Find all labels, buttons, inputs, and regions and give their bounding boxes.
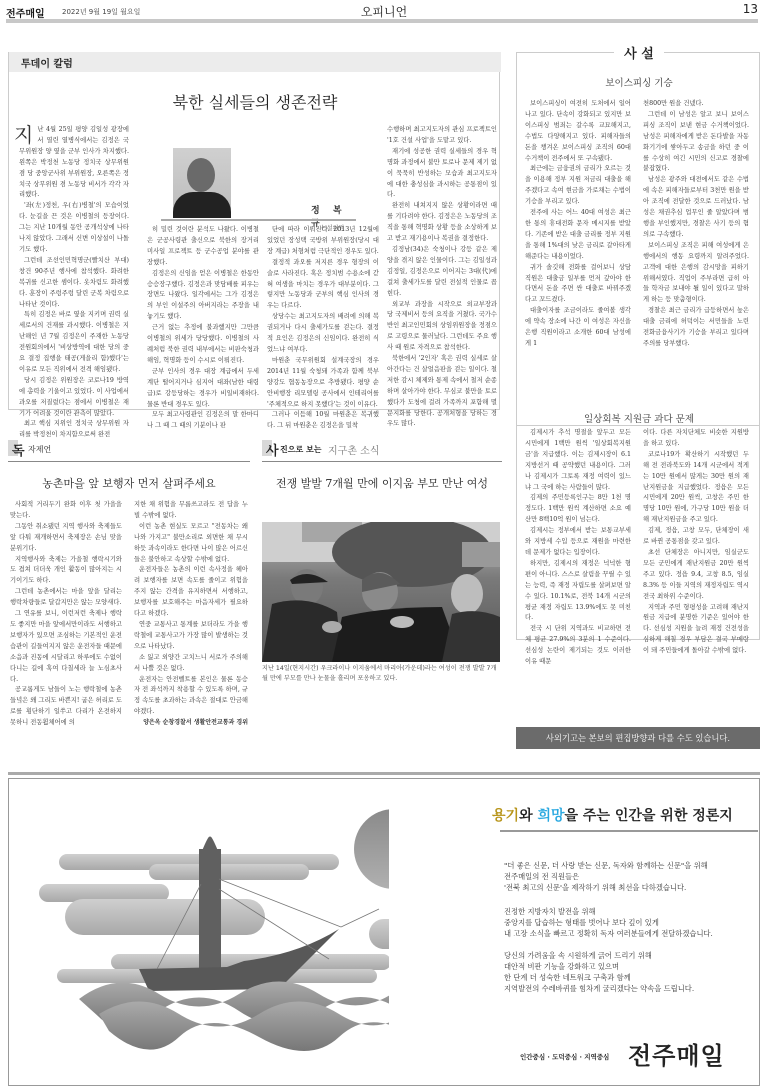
- reader-column-label-big: 독: [12, 440, 25, 459]
- today-column-section: 투데이 칼럼 북한 실세들의 생존전략 지난 4월 25일 평양 김일성 광장에…: [8, 52, 500, 410]
- reader-column-label-small: 자제언: [28, 444, 51, 455]
- editorial-2-body: 김제시가 추석 명절을 앞두고 모든 시민에게 1백만 원씩 '일상회복지원금'…: [516, 420, 760, 640]
- reader-author: 양은옥 순창경찰서 생활안전교통과 경위: [134, 718, 248, 729]
- ad-logo: 전주매일: [628, 1036, 725, 1071]
- editorial-section: 사 설 보이스피싱 기승 보이스피싱이 여전히 도처에서 일어나고 있다. 단속…: [516, 52, 760, 426]
- editorial-1-column-1: 보이스피싱이 여전히 도처에서 일어나고 있다. 단속이 강화되고 있지만 보이…: [525, 99, 631, 350]
- editorial-2-column-2: 이다. 다른 자치단체도 비슷한 지원방을 하고 있다. 코로나19가 확산하기…: [643, 428, 749, 657]
- ad-headline-divider: [500, 830, 758, 832]
- today-column-bar: 투데이 칼럼: [9, 52, 501, 72]
- ukraine-reunion-photo: [262, 522, 500, 662]
- article-column-1: 지난 4월 25일 평양 김일성 광장에서 열린 열병식에서는 김정은 국무위원…: [19, 125, 129, 441]
- reader-column-header: 독 자제언: [8, 440, 250, 462]
- section-divider: [8, 772, 760, 775]
- section-title: 오피니언: [0, 3, 768, 20]
- ad-paragraph-2: 진정한 지방자치 발전을 위해중앙지를 답습하는 형태를 벗어나 보다 깊이 있…: [504, 906, 713, 939]
- world-article-title: 전쟁 발발 7개월 만에 이지움 부모 만난 여성: [262, 475, 502, 491]
- header-divider: [6, 19, 758, 23]
- ad-paragraph-1: "더 좋은 신문, 더 사랑 받는 신문, 독자와 함께하는 신문"을 위해 전…: [504, 860, 708, 893]
- editorial-1-column-2: 천800만 원을 건넸다. 그런데 이 남성은 알고 보니 보이스피싱 조직이 …: [643, 99, 749, 350]
- ad-slogan: 인간중심 · 도덕중심 · 지역중심: [520, 1052, 609, 1061]
- today-column-label: 투데이 칼럼: [21, 55, 73, 70]
- article-column-3: 단에 따라 이뤄진다. 2013년 12월에 있었던 장성택 국방위 부위원장(…: [267, 225, 379, 432]
- ship-illustration: [9, 779, 389, 1079]
- world-label-mid: 진으로 보는: [280, 444, 321, 455]
- editorial-1-title: 보이스피싱 기승: [517, 75, 761, 89]
- news-photo: [262, 522, 500, 662]
- reader-article-title: 농촌마을 앞 보행자 먼저 살펴주세요: [8, 475, 250, 491]
- author-divider: [161, 219, 356, 221]
- ad-headline: 용기와 희망을 주는 인간을 위한 정론지: [492, 805, 733, 825]
- page-number: 13: [743, 2, 758, 16]
- world-photo-header: 사 진으로 보는 지구촌 소식: [262, 440, 502, 462]
- drop-cap: 지: [14, 125, 33, 145]
- disclaimer-banner: 사외기고는 본보의 편집방향과 다를 수도 있습니다.: [516, 727, 760, 749]
- reader-column-2: 지한 채 위험을 무릅쓰고라도 전 답을 누빌 수밖에 없다. 이런 농촌 현실…: [134, 500, 248, 729]
- article-column-4: 수행하며 최고지도자의 관심 프로젝트인 '1호 건설 사업'을 도맡고 있다.…: [387, 125, 497, 430]
- editorial-2-column-1: 김제시가 추석 명절을 앞두고 모든 시민에게 1백만 원씩 '일상회복지원금'…: [525, 428, 631, 668]
- article-column-2: 히 밀린 것이란 분석도 나왔다. 이병철은 군공사령관 출신으로 북한의 장거…: [147, 225, 259, 432]
- ad-paragraph-3: 당신의 가려움을 속 시원하게 긁어 드리기 위해대안적 비판 기능을 강화하고…: [504, 950, 694, 994]
- author-portrait: [173, 148, 231, 218]
- world-label-big: 사: [266, 440, 279, 459]
- reader-column-1: 사회적 거리두기 완화 이후 첫 가을을 맞는다. 그동안 취소됐던 지역 행사…: [10, 500, 122, 729]
- world-label-light: 지구촌 소식: [328, 442, 379, 457]
- editorial-heading: 사 설: [517, 43, 761, 62]
- article-title: 북한 실세들의 생존전략: [9, 90, 501, 113]
- photo-caption: 지난 14일(현지시간) 우크라이나 이지움에서 마리아(가운데)라는 여성이 …: [262, 664, 502, 684]
